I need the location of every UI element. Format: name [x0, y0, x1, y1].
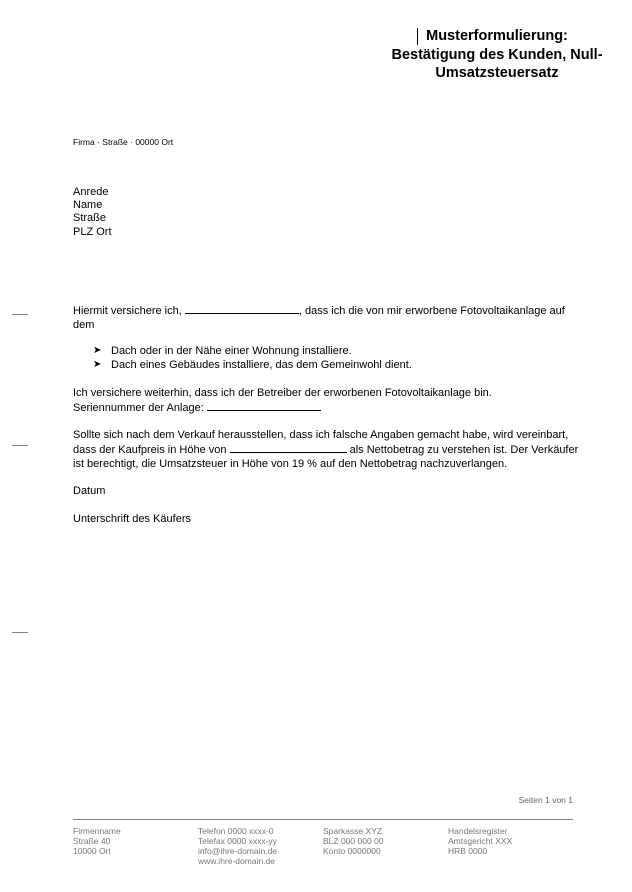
- punch-mark: [12, 445, 28, 446]
- recipient-city: PLZ Ort: [73, 226, 112, 239]
- bullet-text: Dach eines Gebäudes installiere, das dem…: [111, 359, 412, 371]
- recipient-address: Anrede Name Straße PLZ Ort: [73, 186, 112, 239]
- footer-divider: [73, 819, 573, 820]
- false-info-line-2-start: dass der Kaufpreis in Höhe von: [73, 444, 230, 456]
- operator-statement: Ich versichere weiterhin, dass ich der B…: [73, 386, 492, 400]
- title-line-2: Bestätigung des Kunden, Null-: [372, 46, 622, 65]
- signature-label: Unterschrift des Käufers: [73, 512, 191, 526]
- false-info-line-2-end: als Nettobetrag zu verstehen ist. Der Ve…: [347, 444, 579, 456]
- declaration-text-start: Hiermit versichere ich,: [73, 305, 185, 317]
- fold-mark-top: [12, 314, 28, 315]
- list-item: ➤Dach eines Gebäudes installiere, das de…: [93, 358, 412, 372]
- serial-number-label: Seriennummer der Anlage:: [73, 402, 207, 414]
- footer-company-city: 10000 Ort: [73, 846, 121, 856]
- footer-fax: Telefax 0000 xxxx-yy: [198, 836, 277, 846]
- sender-line: Firma · Straße · 00000 Ort: [73, 137, 173, 147]
- title-line-3: Umsatzsteuersatz: [372, 64, 622, 83]
- footer-account: Konto 0000000: [323, 846, 384, 856]
- list-item: ➤Dach oder in der Nähe einer Wohnung ins…: [93, 344, 412, 358]
- price-blank-field[interactable]: [230, 442, 347, 453]
- declaration-line-2: dem: [73, 318, 565, 332]
- false-info-line-1: Sollte sich nach dem Verkauf herausstell…: [73, 428, 578, 442]
- recipient-street: Straße: [73, 212, 112, 225]
- footer-bank-code: BLZ 000 000 00: [323, 836, 384, 846]
- fold-mark-bottom: [12, 632, 28, 633]
- false-info-line-3: ist berechtigt, die Umsatzsteuer in Höhe…: [73, 457, 578, 471]
- paragraph-false-info: Sollte sich nach dem Verkauf herausstell…: [73, 428, 578, 471]
- footer-register-label: Handelsregister: [448, 826, 512, 836]
- footer-company-street: Straße 40: [73, 836, 121, 846]
- footer-email: info@ihre-domain.de: [198, 846, 277, 856]
- footer-bank: Sparkasse XYZ BLZ 000 000 00 Konto 00000…: [323, 826, 384, 856]
- footer-company: Firmenname Straße 40 10000 Ort: [73, 826, 121, 856]
- bullet-list: ➤Dach oder in der Nähe einer Wohnung ins…: [93, 344, 412, 372]
- arrow-bullet-icon: ➤: [93, 344, 101, 358]
- document-title: Musterformulierung: Bestätigung des Kund…: [372, 27, 622, 83]
- title-line-1: Musterformulierung:: [372, 27, 622, 46]
- bullet-text: Dach oder in der Nähe einer Wohnung inst…: [111, 345, 352, 357]
- footer-bank-name: Sparkasse XYZ: [323, 826, 384, 836]
- declaration-text-end: , dass ich die von mir erworbene Fotovol…: [299, 305, 565, 317]
- footer-phone: Telefon 0000 xxxx-0: [198, 826, 277, 836]
- serial-number-blank-field[interactable]: [207, 400, 321, 411]
- page-indicator: Seiten 1 von 1: [519, 795, 573, 805]
- footer-hrb: HRB 0000: [448, 846, 512, 856]
- arrow-bullet-icon: ➤: [93, 358, 101, 372]
- footer-company-name: Firmenname: [73, 826, 121, 836]
- footer-court: Amtsgericht XXX: [448, 836, 512, 846]
- paragraph-operator: Ich versichere weiterhin, dass ich der B…: [73, 386, 492, 415]
- date-label: Datum: [73, 484, 105, 498]
- recipient-salutation: Anrede: [73, 186, 112, 199]
- footer-contact: Telefon 0000 xxxx-0 Telefax 0000 xxxx-yy…: [198, 826, 277, 866]
- name-blank-field[interactable]: [185, 303, 299, 314]
- footer-register: Handelsregister Amtsgericht XXX HRB 0000: [448, 826, 512, 856]
- footer-website: www.ihre-domain.de: [198, 856, 277, 866]
- paragraph-declaration: Hiermit versichere ich, , dass ich die v…: [73, 303, 565, 332]
- recipient-name: Name: [73, 199, 112, 212]
